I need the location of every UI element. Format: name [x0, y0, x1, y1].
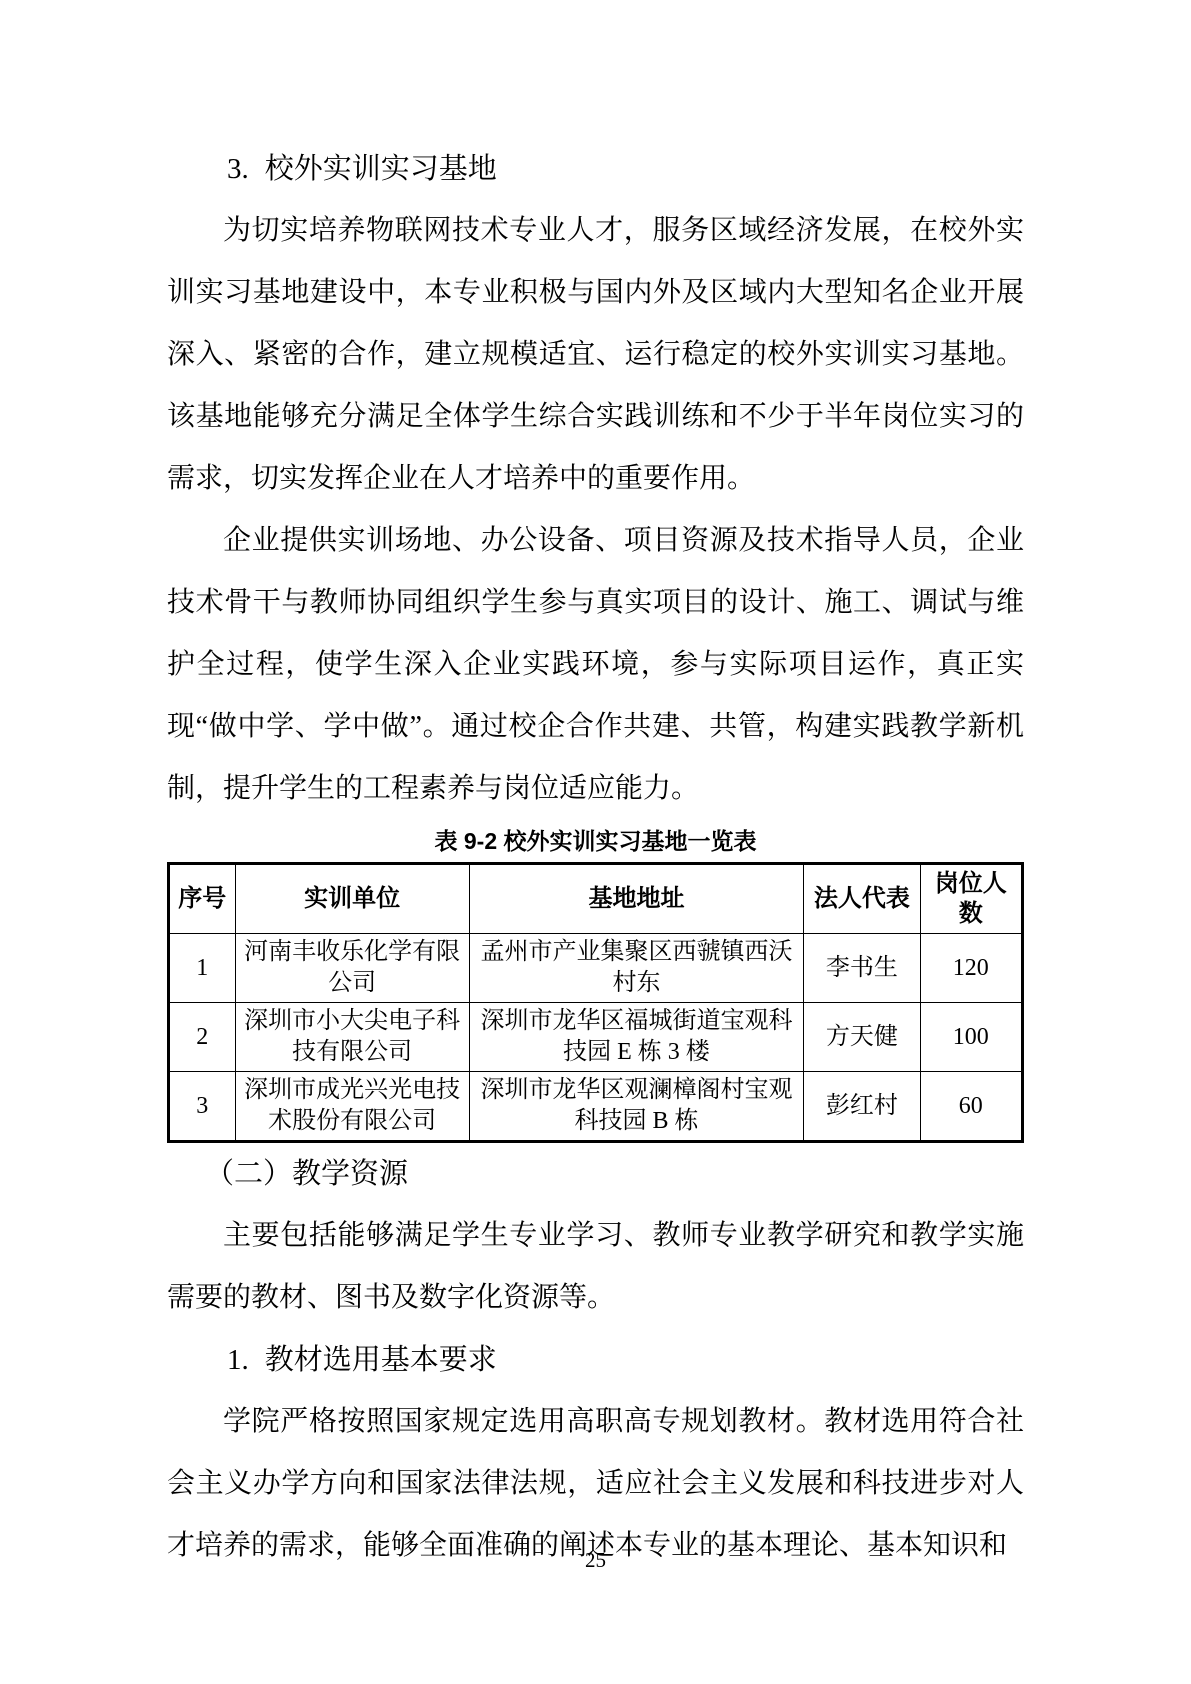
cell-representative: 李书生: [804, 934, 920, 1003]
cell-positions: 120: [920, 934, 1023, 1003]
section-heading-textbook-selection: 1.教材选用基本要求: [167, 1329, 1024, 1391]
column-header-positions: 岗位人数: [920, 864, 1023, 934]
table-header-row: 序号 实训单位 基地地址 法人代表 岗位人数: [169, 864, 1023, 934]
cell-positions: 100: [920, 1003, 1023, 1072]
cell-representative: 彭红村: [804, 1072, 920, 1142]
table-caption: 表 9-2 校外实训实习基地一览表: [167, 826, 1024, 856]
heading-number: 1.: [227, 1344, 249, 1376]
table-row: 3 深圳市成光兴光电技术股份有限公司 深圳市龙华区观澜樟阁村宝观科技园 B 栋 …: [169, 1072, 1023, 1142]
heading-title: 教材选用基本要求: [265, 1344, 497, 1376]
cell-representative: 方天健: [804, 1003, 920, 1072]
document-page: 3.校外实训实习基地 为切实培养物联网技术专业人才，服务区域经济发展，在校外实训…: [0, 0, 1191, 1684]
column-header-address: 基地地址: [469, 864, 804, 934]
heading-number: 3.: [227, 153, 249, 185]
section-heading-teaching-resources: （二）教学资源: [167, 1143, 1024, 1205]
column-header-index: 序号: [169, 864, 236, 934]
column-header-representative: 法人代表: [804, 864, 920, 934]
cell-address: 深圳市龙华区观澜樟阁村宝观科技园 B 栋: [469, 1072, 804, 1142]
cell-unit: 深圳市成光兴光电技术股份有限公司: [235, 1072, 469, 1142]
heading-title: 校外实训实习基地: [265, 153, 497, 185]
cell-unit: 深圳市小大尖电子科技有限公司: [235, 1003, 469, 1072]
cell-address: 孟州市产业集聚区西虢镇西沃村东: [469, 934, 804, 1003]
cell-index: 3: [169, 1072, 236, 1142]
cell-index: 2: [169, 1003, 236, 1072]
page-number: 25: [0, 1546, 1191, 1574]
cell-index: 1: [169, 934, 236, 1003]
paragraph-teaching-resources: 主要包括能够满足学生专业学习、教师专业教学研究和教学实施需要的教材、图书及数字化…: [167, 1205, 1024, 1329]
cell-address: 深圳市龙华区福城街道宝观科技园 E 栋 3 楼: [469, 1003, 804, 1072]
paragraph-enterprise-cooperation: 企业提供实训场地、办公设备、项目资源及技术指导人员，企业技术骨干与教师协同组织学…: [167, 510, 1024, 820]
cell-unit: 河南丰收乐化学有限公司: [235, 934, 469, 1003]
paragraph-cultivate-talent: 为切实培养物联网技术专业人才，服务区域经济发展，在校外实训实习基地建设中，本专业…: [167, 200, 1024, 510]
offcampus-bases-table: 序号 实训单位 基地地址 法人代表 岗位人数 1 河南丰收乐化学有限公司 孟州市…: [167, 862, 1024, 1143]
column-header-unit: 实训单位: [235, 864, 469, 934]
table-row: 1 河南丰收乐化学有限公司 孟州市产业集聚区西虢镇西沃村东 李书生 120: [169, 934, 1023, 1003]
table-row: 2 深圳市小大尖电子科技有限公司 深圳市龙华区福城街道宝观科技园 E 栋 3 楼…: [169, 1003, 1023, 1072]
cell-positions: 60: [920, 1072, 1023, 1142]
section-heading-offcampus-bases: 3.校外实训实习基地: [167, 138, 1024, 200]
